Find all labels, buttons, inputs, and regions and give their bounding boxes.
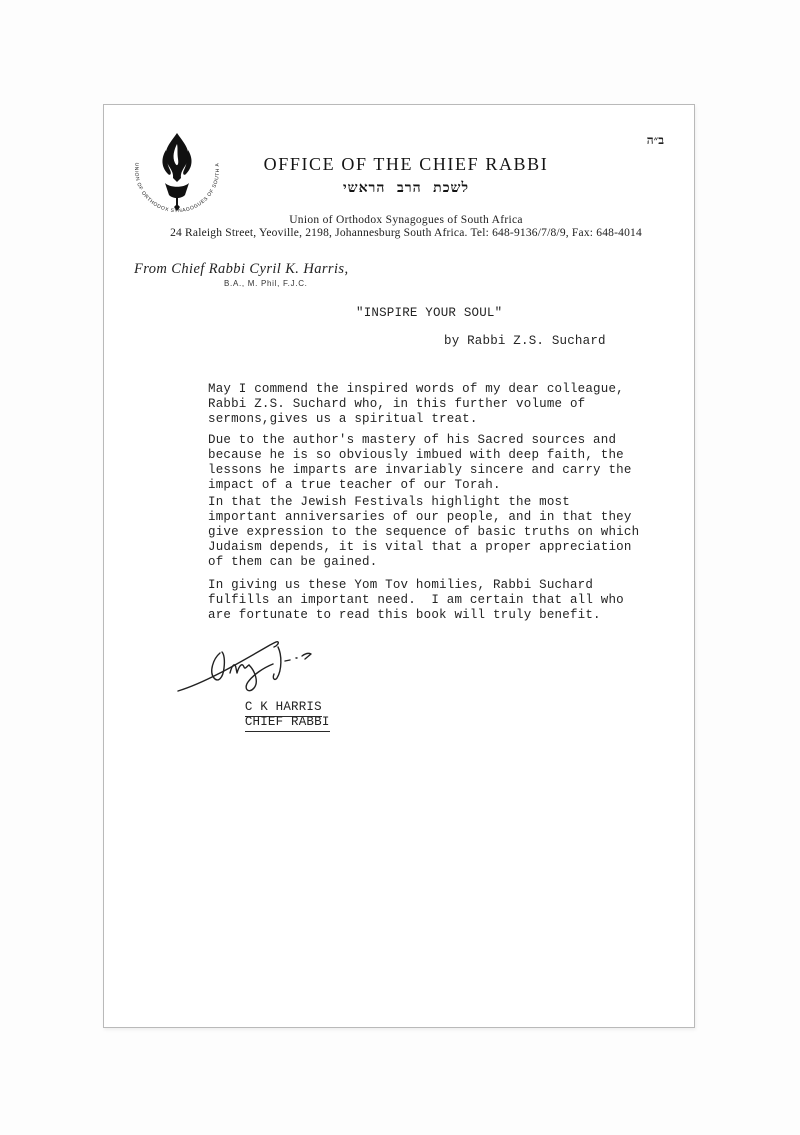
torch-seal-logo: UNION OF ORTHODOX SYNAGOGUES OF SOUTH AF… [130, 131, 224, 227]
address-line: 24 Raleigh Street, Yeoville, 2198, Johan… [111, 227, 701, 239]
body-paragraph-2: Due to the author's mastery of his Sacre… [208, 433, 632, 493]
letterhead-title: OFFICE OF THE CHIEF RABBI [111, 154, 701, 175]
body-paragraph-1: May I commend the inspired words of my d… [208, 382, 624, 427]
letter-page: ב״ה UNION OF ORTHODOX SYNAGOGUES OF SOUT… [103, 104, 695, 1028]
organisation-line: Union of Orthodox Synagogues of South Af… [111, 214, 701, 226]
from-sender-line: From Chief Rabbi Cyril K. Harris, [134, 261, 348, 278]
signatory-role: CHIEF RABBI [214, 700, 330, 747]
body-paragraph-3: In that the Jewish Festivals highlight t… [208, 495, 639, 570]
sender-credentials: B.A., M. Phil, F.J.C. [224, 279, 308, 288]
book-byline: by Rabbi Z.S. Suchard [444, 334, 606, 349]
book-title: "INSPIRE YOUR SOUL" [356, 306, 502, 321]
bh-hebrew-mark: ב״ה [647, 133, 664, 148]
signatory-role-text: CHIEF RABBI [245, 715, 330, 732]
letterhead-title-hebrew: לשכת הרב הראשי [111, 181, 701, 197]
body-paragraph-4: In giving us these Yom Tov homilies, Rab… [208, 578, 624, 623]
